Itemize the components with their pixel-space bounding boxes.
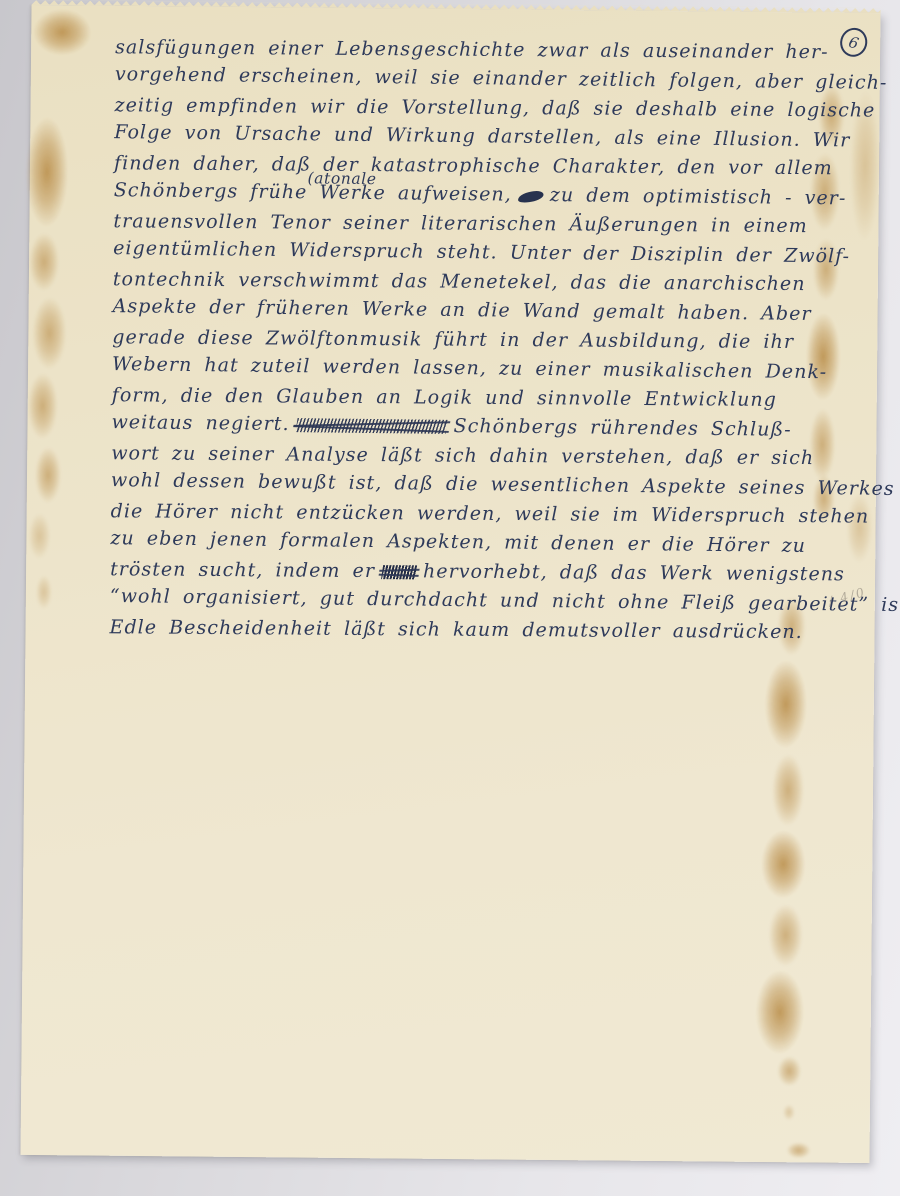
handwritten-text: die Hörer nicht entzücken werden, weil s… — [111, 500, 870, 527]
handwritten-text: eigentümlichen Widerspruch steht. Unter … — [113, 237, 850, 267]
handwritten-text: gerade diese Zwölftonmusik führt in der … — [112, 326, 794, 353]
handwritten-text: zeitig empfinden wir die Vorstellung, da… — [115, 94, 876, 121]
handwritten-text: Webern hat zuteil werden lassen, zu eine… — [112, 353, 827, 383]
handwritten-text: weitaus negiert. — [111, 411, 289, 435]
handwritten-text: tontechnik verschwimmt das Menetekel, da… — [113, 268, 806, 295]
handwritten-text: hervorhebt, daß das Werk wenigstens — [423, 560, 845, 585]
handwritten-text: Schönbergs frühe — [114, 179, 308, 203]
photo-background: 6 salsfügungen einer Lebensgeschichte zw… — [0, 0, 900, 1196]
handwritten-text: Edle Bescheidenheit läßt sich kaum demut… — [109, 616, 802, 643]
handwritten-text: “wohl organisiert, gut durchdacht und ni… — [110, 585, 900, 616]
handwritten-text: wohl dessen bewußt ist, daß die wesentli… — [111, 469, 895, 500]
stain — [761, 830, 806, 898]
manuscript-line: Edle Bescheidenheit läßt sich kaum demut… — [109, 613, 874, 647]
stain — [756, 970, 805, 1054]
handwritten-text: salsfügungen einer Lebensgeschichte zwar… — [115, 36, 829, 63]
stain — [787, 1142, 811, 1158]
handwritten-text: form, die den Glauben an Logik und sinnv… — [112, 384, 777, 411]
handwritten-text: finden daher, daß der katastrophische Ch… — [114, 152, 833, 179]
manuscript-page: 6 salsfügungen einer Lebensgeschichte zw… — [21, 5, 881, 1163]
crossed-out-word — [381, 565, 417, 579]
perforated-top-edge — [32, 0, 881, 13]
handwritten-text: trösten sucht, indem er — [110, 558, 375, 582]
handwritten-text: zu eben jenen formalen Aspekten, mit den… — [110, 527, 806, 557]
handwritten-text: trauensvollen Tenor seiner literarischen… — [113, 210, 807, 237]
stain — [777, 1056, 801, 1086]
handwritten-text: wort zu seiner Analyse läßt sich dahin v… — [111, 442, 814, 469]
handwritten-text: Folge von Ursache und Wirkung darstellen… — [114, 121, 850, 151]
stain — [768, 904, 803, 966]
crossed-out-word — [296, 418, 448, 434]
handwritten-text: Schönbergs rührendes Schluß- — [454, 415, 792, 441]
stain — [764, 660, 807, 748]
handwritten-text: zu dem optimistisch - ver- — [550, 184, 847, 209]
stain — [783, 1104, 795, 1120]
handwritten-text: Aspekte der früheren Werke an die Wand g… — [113, 295, 812, 325]
ink-blot — [517, 190, 544, 204]
handwritten-text: vorgehend erscheinen, weil sie einander … — [115, 63, 888, 94]
handwritten-text-block: salsfügungen einer Lebensgeschichte zwar… — [25, 31, 880, 648]
stain — [772, 754, 805, 826]
